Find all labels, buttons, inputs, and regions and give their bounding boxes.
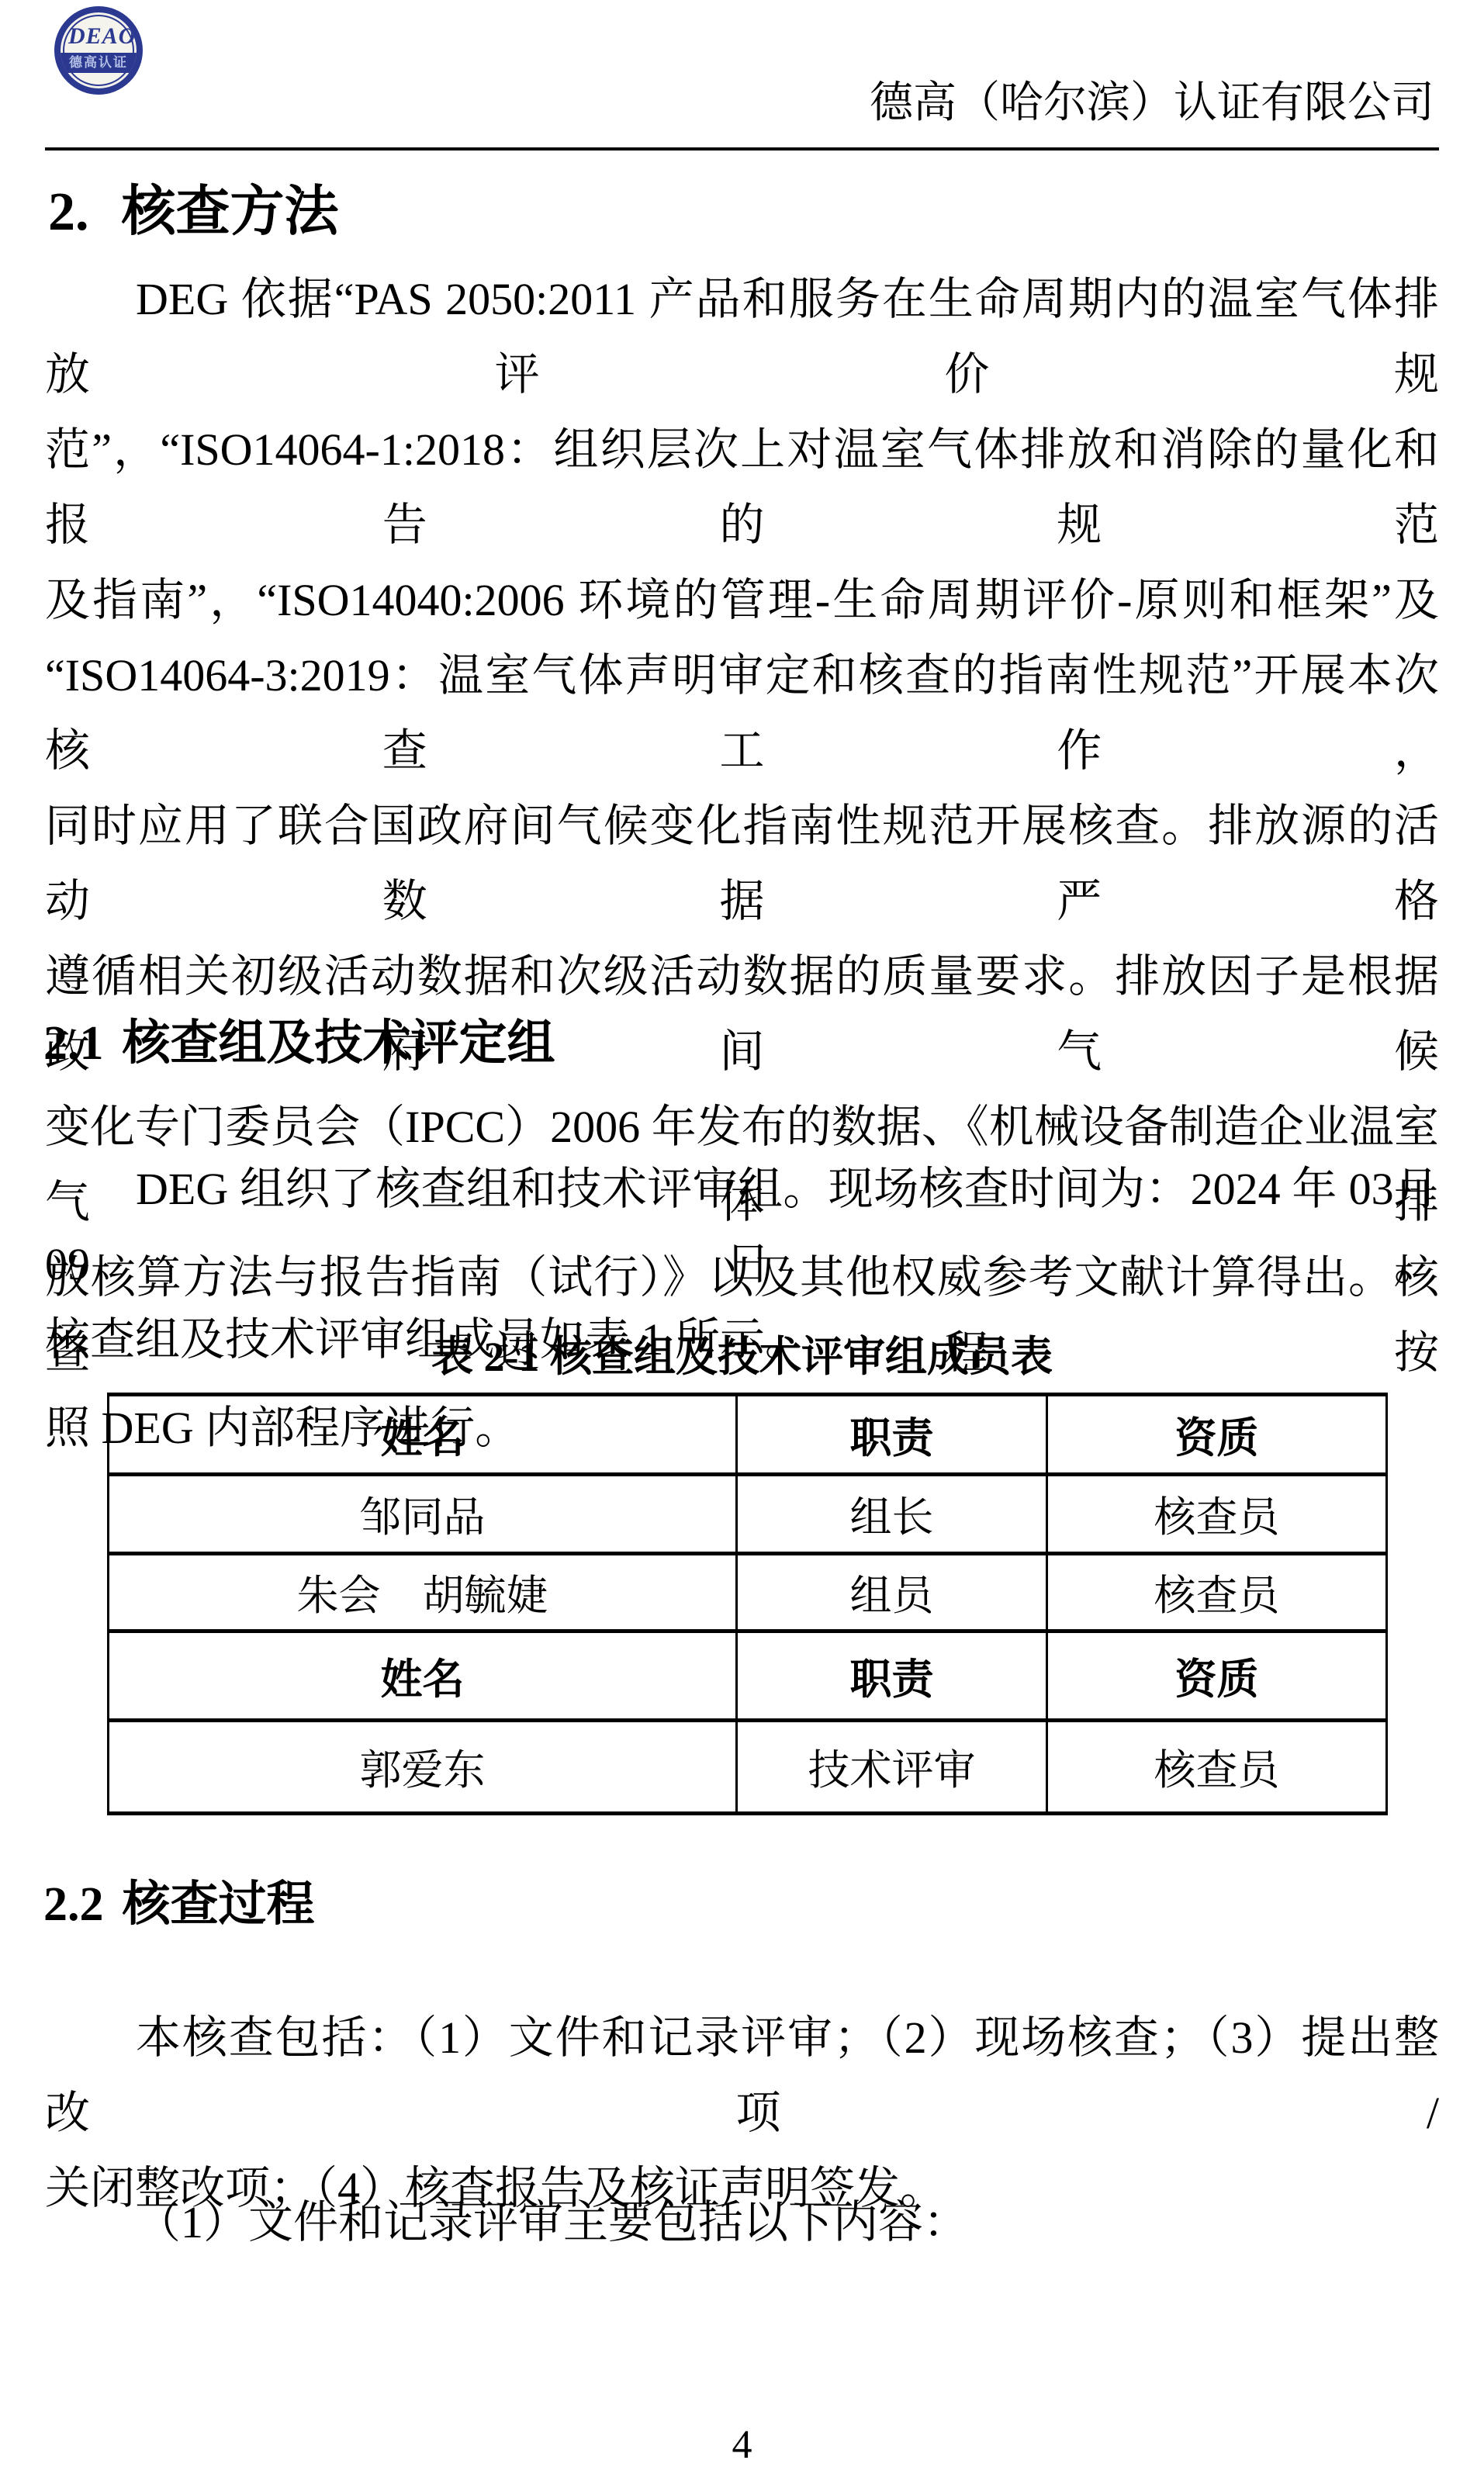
text-line: “ISO14064-3:2019：温室气体声明审定和核查的指南性规范”开展本次核… [45, 638, 1439, 788]
header-cell: 职责 [737, 1395, 1047, 1475]
table-cell: 郭爱东 [109, 1721, 737, 1814]
table-cell: 组员 [737, 1554, 1047, 1631]
table-cell: 核查员 [1047, 1554, 1387, 1631]
header-cell: 职责 [737, 1631, 1047, 1721]
header-divider [45, 147, 1439, 151]
table-row: 邹同品 组长 核查员 [109, 1475, 1387, 1554]
document-page: DEAO 德高认证 德高（哈尔滨）认证有限公司 2.核查方法 DEG 依据“PA… [0, 0, 1484, 2474]
text-line: 范”，“ISO14064-1:2018：组织层次上对温室气体排放和消除的量化和报… [45, 412, 1439, 562]
header-cell: 资质 [1047, 1631, 1387, 1721]
header-cell: 姓名 [109, 1631, 737, 1721]
header-cell: 姓名 [109, 1395, 737, 1475]
text-line: （1）文件和记录评审主要包括以下内容： [45, 2185, 1439, 2260]
table-header-row: 姓名 职责 资质 [109, 1395, 1387, 1475]
text-line: DEG 组织了核查组和技术评审组。现场核查时间为：2024 年 03月 09 日… [45, 1151, 1439, 1302]
section-2-2-title: 核查过程 [123, 1878, 315, 1931]
table-cell: 核查员 [1047, 1475, 1387, 1554]
section-2-1-title: 核查组及技术评定组 [123, 1017, 555, 1070]
header-cell: 资质 [1047, 1395, 1387, 1475]
text-line: 本核查包括：（1）文件和记录评审；（2）现场核查；（3）提出整改项/ [45, 2000, 1439, 2150]
company-logo: DEAO 德高认证 [54, 6, 149, 101]
table-caption: 表 2-1 核查组及技术评审组成员表 [0, 1324, 1484, 1383]
table-cell: 朱会 胡毓婕 [109, 1554, 737, 1631]
text-line: 及指南”，“ISO14040:2006 环境的管理-生命周期评价-原则和框架”及 [45, 562, 1439, 638]
section-2-title: 核查方法 [122, 182, 339, 242]
table-row: 郭爱东 技术评审 核查员 [109, 1721, 1387, 1814]
section-2-2-number: 2.2 [43, 1878, 104, 1931]
company-name: 德高（哈尔滨）认证有限公司 [870, 68, 1434, 130]
table-cell: 邹同品 [109, 1475, 737, 1554]
text-line: 同时应用了联合国政府间气候变化指南性规范开展核查。排放源的活动数据严格 [45, 788, 1439, 939]
logo-deao-text: DEAO [68, 23, 137, 50]
members-table: 姓名 职责 资质 邹同品 组长 核查员 朱会 胡毓婕 组员 核查员 姓名 职责 … [107, 1393, 1388, 1815]
page-number: 4 [0, 2422, 1484, 2468]
section-2-heading: 2.核查方法 [48, 168, 339, 246]
paragraph-doc-review: （1）文件和记录评审主要包括以下内容： [45, 2185, 1439, 2260]
logo-band-text: 德高认证 [61, 53, 137, 73]
table-cell: 组长 [737, 1475, 1047, 1554]
section-2-2-heading: 2.2核查过程 [43, 1865, 315, 1934]
logo-ring: DEAO 德高认证 [54, 6, 143, 95]
text-line: DEG 依据“PAS 2050:2011 产品和服务在生命周期内的温室气体排放评… [45, 261, 1439, 412]
section-2-1-heading: 2.1核查组及技术评定组 [43, 1004, 555, 1073]
section-2-number: 2. [48, 182, 89, 242]
table-header-row: 姓名 职责 资质 [109, 1631, 1387, 1721]
section-2-1-number: 2.1 [43, 1017, 104, 1070]
table-cell: 核查员 [1047, 1721, 1387, 1814]
table-row: 朱会 胡毓婕 组员 核查员 [109, 1554, 1387, 1631]
table-cell: 技术评审 [737, 1721, 1047, 1814]
